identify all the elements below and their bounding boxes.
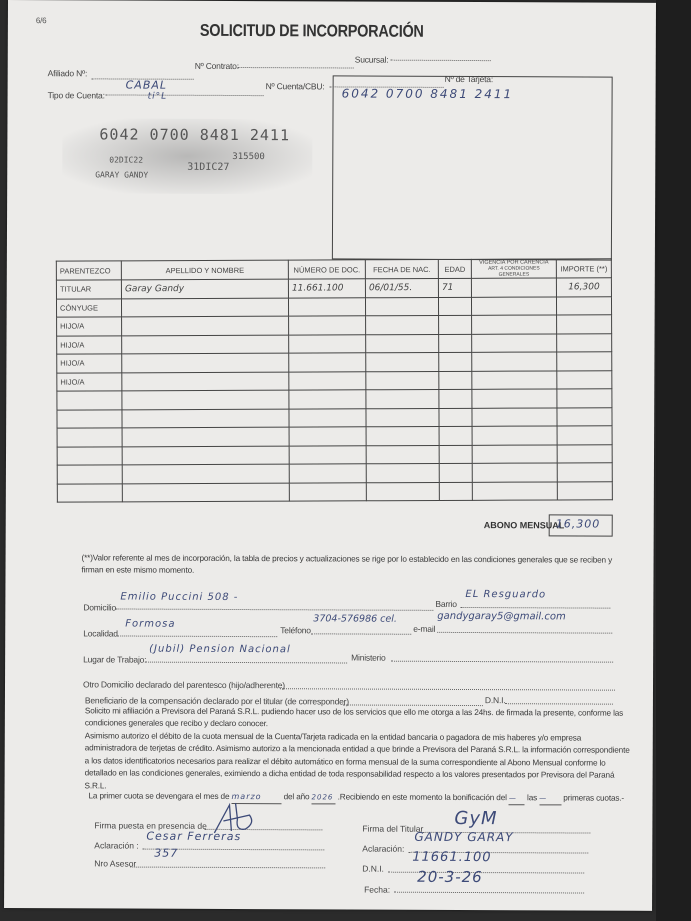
imprint-name: GARAY GANDY [95,170,148,179]
cell-nombre[interactable] [122,464,289,483]
otro-domicilio-field[interactable] [280,678,615,690]
cell-vigencia[interactable] [472,426,557,445]
primer-cuota-text4: las [527,793,537,802]
cell-nombre[interactable] [122,372,289,391]
cell-parentezco [57,483,122,502]
tipo-cuenta-value2: ti°L [148,92,168,102]
imprint-code: 315500 [232,152,265,162]
cell-parentezco [57,409,122,428]
card-imprint-box[interactable]: 6042 0700 8481 2411 [332,75,613,260]
otro-domicilio-label: Otro Domicilio declarado del parentesco … [83,679,285,690]
cell-nombre[interactable] [122,353,289,372]
sucursal-field[interactable] [391,52,491,61]
cell-nombre[interactable] [122,409,289,428]
primer-cuota-text5: primeras cuotas.- [563,793,624,802]
cell-fecha-nac[interactable] [366,389,439,408]
page-number: 6/6 [36,16,47,25]
cell-doc[interactable] [289,408,366,427]
cell-importe[interactable] [557,389,612,408]
beneficiario-dni-label: D.N.I. [485,695,506,705]
cell-importe[interactable]: 16,300 [556,278,611,297]
cell-doc[interactable] [289,427,366,446]
tipo-cuenta-value: CABAL [126,79,167,92]
cell-vigencia[interactable] [472,315,557,334]
cell-fecha-nac[interactable] [366,352,439,371]
abono-mensual-value: 16,300 [556,517,601,530]
imprint-date-to: 31DIC27 [187,162,229,173]
fecha-label: Fecha: [364,885,390,895]
cell-importe[interactable] [557,333,612,352]
members-table: PARENTEZCO APELLIDO Y NOMBRE NÚMERO DE D… [56,258,613,502]
cell-nombre[interactable] [122,316,289,335]
cell-parentezco: HIJO/A [57,317,122,336]
imprint-card-number: 6042 0700 8481 2411 [99,125,290,144]
cell-fecha-nac[interactable]: 06/01/55. [365,278,438,297]
cell-edad[interactable] [439,371,472,390]
legal-paragraph-1: Solicito mi afiliación a Previsora del P… [85,705,630,732]
ministerio-label: Ministerio [351,653,385,663]
cell-edad[interactable] [439,445,472,464]
cell-parentezco [57,465,122,484]
tipo-cuenta-label: Tipo de Cuenta: [48,90,105,100]
table-row [57,481,612,502]
cell-nombre[interactable] [121,298,288,317]
cell-doc[interactable]: 11.661.100 [288,279,365,298]
cuotas-value[interactable]: — [539,792,561,806]
imprint-date-from: 02DIC22 [109,155,143,164]
contrato-label: Nº Contrato: [195,61,239,71]
localidad-value: Formosa [125,619,175,630]
col-vigencia: VIGENCIA POR CARENCIA ART. 4 CONDICIONES… [471,259,556,278]
cell-vigencia[interactable] [472,481,557,500]
beneficiario-dni-field[interactable] [505,693,613,704]
cell-doc[interactable] [289,390,366,409]
aclaracion-asesor-value: Cesar Ferreras [146,830,241,843]
cell-importe[interactable] [556,296,611,315]
cell-vigencia[interactable] [472,333,557,352]
price-note: (**)Valor referente al mes de incorporac… [81,552,626,579]
localidad-label: Localidad [83,628,118,638]
cell-fecha-nac[interactable] [366,482,439,501]
primer-cuota-text3: .Recibiendo en este momento la bonificac… [338,792,507,802]
table-row [57,444,612,465]
cell-parentezco: HIJO/A [57,335,122,354]
primer-cuota-line: La primer cuota se devengara el mes de m… [88,790,648,806]
cell-fecha-nac[interactable] [366,371,439,390]
cell-parentezco: TITULAR [56,280,121,299]
cell-doc[interactable] [289,371,366,390]
cell-nombre[interactable] [122,483,289,502]
trabajo-label: Lugar de Trabajo: [83,654,146,664]
cell-fecha-nac[interactable] [366,334,439,353]
cell-fecha-nac[interactable] [366,408,439,427]
email-label: e-mail [413,624,435,634]
cell-doc[interactable] [288,297,365,316]
cell-importe[interactable] [557,444,612,463]
cell-nombre[interactable] [122,446,289,465]
table-row [57,426,612,447]
col-fecha-nac: FECHA DE NAC. [365,259,438,278]
cell-importe[interactable] [557,463,612,482]
cell-parentezco: CÓNYUGE [56,298,121,317]
table-row: HIJO/A [57,352,612,373]
tarjeta-value: 6042 0700 8481 2411 [342,86,514,101]
cell-vigencia[interactable] [472,352,557,371]
firma-titular-value: GyM [454,808,497,829]
table-row: TITULARGaray Gandy11.661.10006/01/55.711… [56,278,611,299]
cell-parentezco [57,391,122,410]
domicilio-value: Emilio Puccini 508 - [120,591,238,603]
bonificacion-value[interactable]: — [509,792,525,805]
col-edad: EDAD [438,259,471,278]
cell-fecha-nac[interactable] [366,445,439,464]
primer-cuota-anio[interactable]: 2026 [312,791,336,805]
asesor-value: 357 [154,847,178,860]
cell-edad[interactable] [439,334,472,353]
cell-importe[interactable] [557,407,612,426]
cell-edad[interactable] [439,482,472,501]
table-row: HIJO/A [57,315,612,336]
cell-parentezco: HIJO/A [57,354,122,373]
cell-doc[interactable] [289,482,366,501]
background-edge [656,0,691,921]
abono-mensual-field[interactable]: 16,300 [549,514,613,536]
sucursal-label: Sucursal: [355,55,389,65]
cell-parentezco [57,428,122,447]
cell-doc[interactable] [289,445,366,464]
ministerio-field[interactable] [391,651,613,663]
domicilio-label: Domicilio [83,602,116,612]
cell-edad[interactable] [438,297,471,316]
cell-edad[interactable] [439,315,472,334]
cell-edad[interactable] [439,463,472,482]
telefono-field[interactable] [311,623,411,634]
cell-edad[interactable] [439,352,472,371]
cell-edad[interactable] [439,426,472,445]
legal-paragraph-2: Asimismo autorizo el débito de la cuota … [85,730,630,794]
cell-edad[interactable]: 71 [438,278,471,297]
email-field[interactable] [437,622,612,634]
cell-vigencia[interactable] [472,407,557,426]
cell-edad[interactable] [439,389,472,408]
cell-importe[interactable] [557,481,612,500]
col-parentezco: PARENTEZCO [56,261,121,280]
cell-vigencia[interactable] [471,296,556,315]
cell-fecha-nac[interactable] [366,315,439,334]
form-title: SOLICITUD DE INCORPORACIÓN [200,21,424,42]
primer-cuota-text2: del año [284,792,310,801]
col-nombre: APELLIDO Y NOMBRE [121,260,288,280]
dni-label: D.N.I. [362,864,384,874]
aclaracion-asesor-label: Aclaración : [94,840,138,850]
cell-importe[interactable] [557,370,612,389]
table-row: HIJO/A [57,370,612,391]
cell-doc[interactable] [289,464,366,483]
cell-fecha-nac[interactable] [365,297,438,316]
cell-vigencia[interactable] [472,389,557,408]
cell-importe[interactable] [557,426,612,445]
table-row: HIJO/A [57,333,612,354]
cell-parentezco: HIJO/A [57,372,122,391]
aclaracion-titular-value: GANDY GARAY [414,830,513,844]
cell-vigencia[interactable] [471,278,556,297]
cell-parentezco [57,446,122,465]
telefono-value: 3704-576986 cel. [313,613,397,624]
cell-fecha-nac[interactable] [366,463,439,482]
cell-nombre[interactable] [122,390,289,409]
cell-vigencia[interactable] [472,463,557,482]
email-value: gandygaray5@gmail.com [437,611,565,623]
cell-fecha-nac[interactable] [366,426,439,445]
primer-cuota-text1: La primer cuota se devengara el mes de [89,791,230,801]
cell-vigencia[interactable] [472,370,557,389]
col-doc: NÚMERO DE DOC. [288,260,365,279]
beneficiario-field[interactable] [343,694,483,706]
table-row [57,463,612,484]
cell-doc[interactable] [289,316,366,335]
cell-vigencia[interactable] [472,444,557,463]
fecha-value: 20-3-26 [417,868,483,886]
cell-nombre[interactable] [122,335,289,354]
barrio-label: Barrio [435,599,457,609]
cell-importe[interactable] [557,315,612,334]
dni-value: 11661.100 [412,850,491,865]
form-page: 6/6 SOLICITUD DE INCORPORACIÓN Afiliado … [4,0,656,911]
table-header-row: PARENTEZCO APELLIDO Y NOMBRE NÚMERO DE D… [56,259,611,280]
telefono-label: Teléfono [280,625,311,635]
col-vigencia-sub: ART. 4 CONDICIONES GENERALES [475,265,553,277]
cell-nombre[interactable] [122,427,289,446]
cell-importe[interactable] [557,352,612,371]
cell-doc[interactable] [289,353,366,372]
contrato-field[interactable] [238,59,354,69]
cuenta-cbu-label: Nº Cuenta/CBU: [266,81,325,91]
barrio-value: EL Resguardo [465,589,546,600]
cell-edad[interactable] [439,408,472,427]
table-row: CÓNYUGE [56,296,611,317]
cell-nombre[interactable]: Garay Gandy [121,279,288,298]
aclaracion-titular-label: Aclaración: [362,844,404,854]
afiliado-label: Afiliado Nº: [48,68,87,78]
cell-doc[interactable] [289,334,366,353]
col-importe: IMPORTE (**) [556,259,611,278]
table-row [57,407,612,428]
table-row [57,389,612,410]
trabajo-value: (Jubil) Pension Nacional [149,644,291,656]
